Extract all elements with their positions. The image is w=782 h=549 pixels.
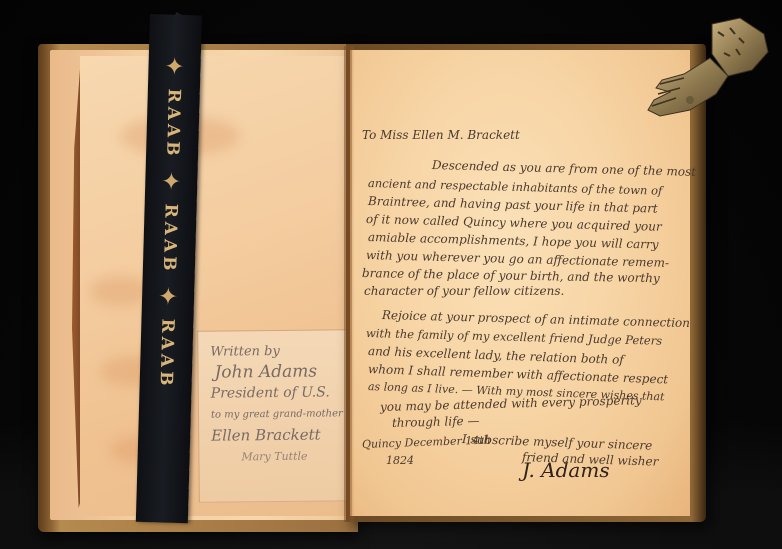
ribbon-text: RAAB (162, 88, 184, 159)
ribbon-text: RAAB (159, 203, 181, 274)
letter-line: through life — (392, 414, 480, 430)
salutation: To Miss Ellen M. Brackett (362, 128, 520, 142)
year: 1824 (386, 454, 414, 467)
eagle-icon: ✦ (158, 284, 179, 309)
book-gutter (344, 46, 354, 522)
inscription-line: Written by (210, 340, 345, 362)
pencil-inscription: Written by John Adams President of U.S. … (210, 340, 346, 467)
eagle-icon: ✦ (164, 54, 185, 79)
brass-hand-clip-icon (640, 14, 772, 124)
inscription-line: Mary Tuttle (241, 445, 346, 467)
inscription-line: John Adams (214, 361, 345, 383)
inscription-line: to my great grand-mother (211, 403, 346, 425)
inscription-line: President of U.S. (211, 382, 346, 404)
inscription-card: Written by John Adams President of U.S. … (197, 329, 351, 503)
ribbon-text: RAAB (156, 318, 178, 389)
letter-line: character of your fellow citizens. (364, 284, 564, 298)
eagle-icon: ✦ (161, 169, 182, 194)
inscription-line: Ellen Brackett (211, 424, 346, 446)
signature: J. Adams (522, 458, 610, 482)
